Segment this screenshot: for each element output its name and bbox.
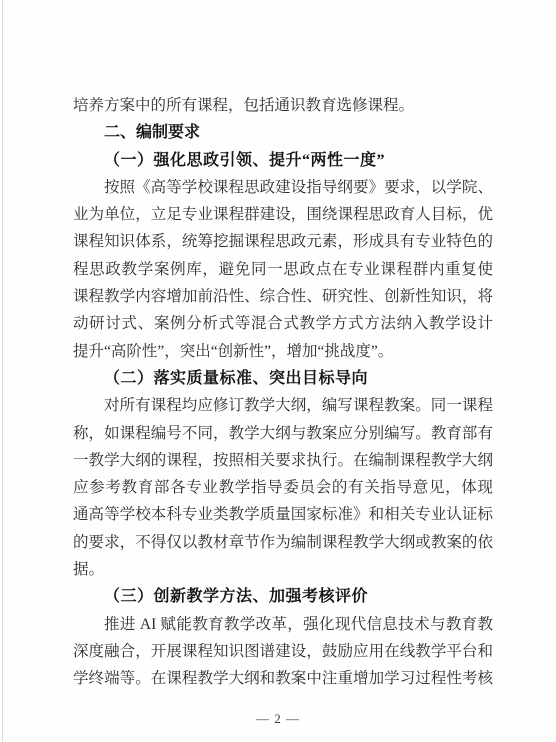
body-line: 提升“高阶性”，突出“创新性”，增加“挑战度”。 <box>73 338 493 365</box>
body-line: 据。 <box>73 556 493 583</box>
body-line: 课程教学内容增加前沿性、综合性、研究性、创新性知识，将互 <box>73 283 493 310</box>
body-line: 称，如课程编号不同，教学大纲与教案应分别编写。教育部有统 <box>73 420 493 447</box>
page-number: — 2 — <box>0 711 556 727</box>
body-line: 通高等学校本科专业类教学质量国家标准》和相关专业认证标准 <box>73 501 493 528</box>
section-heading: 二、编制要求 <box>73 119 493 146</box>
subsection-heading: （一）强化思政引领、提升“两性一度” <box>73 147 493 174</box>
body-line: 培养方案中的所有课程，包括通识教育选修课程。 <box>73 92 493 119</box>
body-line: 课程知识体系，统筹挖掘课程思政元素，形成具有专业特色的课 <box>73 228 493 255</box>
document-page: 培养方案中的所有课程，包括通识教育选修课程。 二、编制要求 （一）强化思政引领、… <box>0 0 556 742</box>
body-line: 学终端等。在课程教学大纲和教案中注重增加学习过程性考核内 <box>73 665 493 692</box>
body-line: 业为单位，立足专业课程群建设，围绕课程思政育人目标，优化 <box>73 201 493 228</box>
subsection-heading: （三）创新教学方法、加强考核评价 <box>73 583 493 610</box>
body-line: 推进 AI 赋能教育教学改革，强化现代信息技术与教育教学 <box>73 611 493 638</box>
subsection-heading: （二）落实质量标准、突出目标导向 <box>73 365 493 392</box>
document-body: 培养方案中的所有课程，包括通识教育选修课程。 二、编制要求 （一）强化思政引领、… <box>73 92 493 693</box>
body-line: 的要求，不得仅以教材章节作为编制课程教学大纲或教案的依 <box>73 529 493 556</box>
body-line: 程思政教学案例库，避免同一思政点在专业课程群内重复使用。 <box>73 256 493 283</box>
page-scan-edge <box>2 0 3 742</box>
body-line: 应参考教育部各专业教学指导委员会的有关指导意见，体现《普 <box>73 474 493 501</box>
body-line: 动研讨式、案例分析式等混合式教学方式方法纳入教学设计中， <box>73 310 493 337</box>
body-line: 按照《高等学校课程思政建设指导纲要》要求，以学院、专 <box>73 174 493 201</box>
body-line: 一教学大纲的课程，按照相关要求执行。在编制课程教学大纲时， <box>73 447 493 474</box>
body-line: 深度融合，开展课程知识图谱建设，鼓励应用在线教学平台和教 <box>73 638 493 665</box>
body-line: 对所有课程均应修订教学大纲，编写课程教案。同一课程名 <box>73 392 493 419</box>
